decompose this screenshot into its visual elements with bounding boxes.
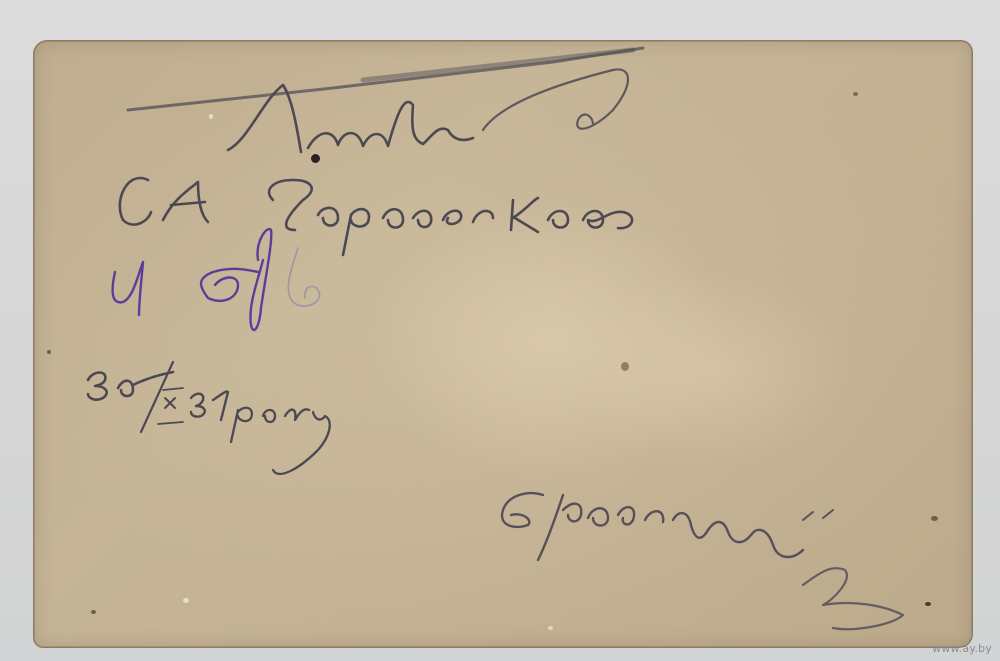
handwriting-strokes — [33, 40, 973, 648]
photo-card-back: Памятъ С.А. Боровського И А 30/X 31 року… — [33, 40, 973, 648]
watermark: www.ay.by — [932, 642, 992, 655]
